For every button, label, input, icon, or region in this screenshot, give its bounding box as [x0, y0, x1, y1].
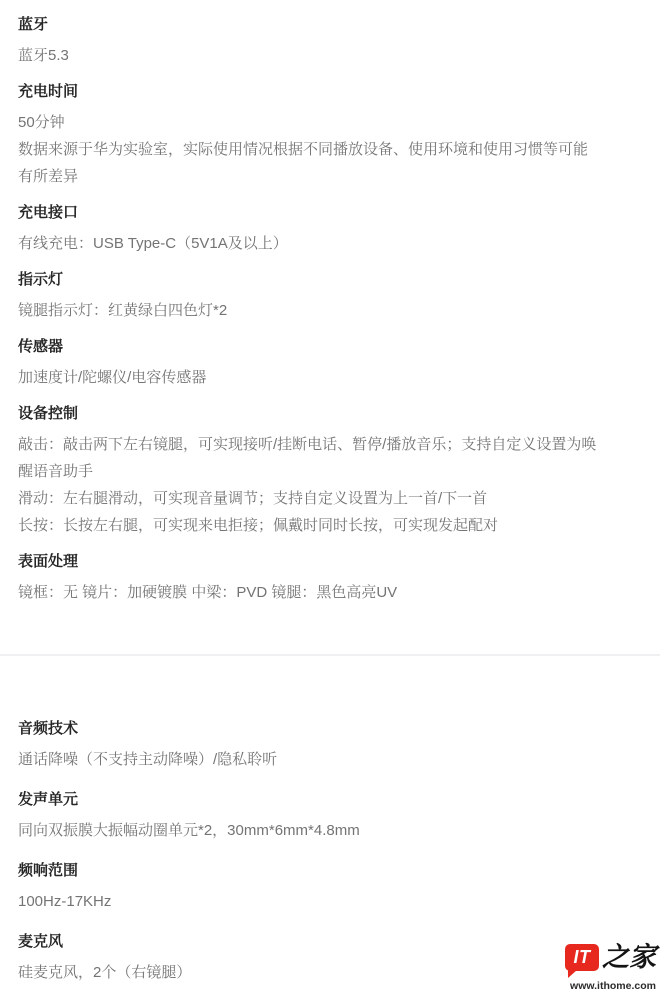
section-charging-port: 充电接口 有线充电：USB Type-C（5V1A及以上） — [18, 202, 642, 257]
section-body: 镜腿指示灯：红黄绿白四色灯*2 — [18, 297, 642, 324]
section-body: 镜框：无 镜片：加硬镀膜 中梁：PVD 镜腿：黑色高亮UV — [18, 579, 642, 606]
section-body: 加速度计/陀螺仪/电容传感器 — [18, 364, 642, 391]
section-heading: 指示灯 — [18, 269, 642, 290]
section-heading: 充电接口 — [18, 202, 642, 223]
section-indicator-light: 指示灯 镜腿指示灯：红黄绿白四色灯*2 — [18, 269, 642, 324]
ithome-brand-script: 之家 — [602, 939, 656, 975]
section-divider — [0, 654, 660, 656]
ithome-logo: IT 之家 — [565, 939, 656, 975]
section-heading: 传感器 — [18, 336, 642, 357]
spec-group-bottom: 音频技术 通话降噪（不支持主动降噪）/隐私聆听 发声单元 同向双振膜大振幅动圈单… — [18, 718, 642, 986]
section-heading: 蓝牙 — [18, 14, 642, 35]
section-device-control: 设备控制 敲击：敲击两下左右镜腿，可实现接听/挂断电话、暂停/播放音乐；支持自定… — [18, 403, 642, 539]
section-heading: 表面处理 — [18, 551, 642, 572]
section-body: 蓝牙5.3 — [18, 42, 642, 69]
speech-bubble-tail-icon — [568, 970, 577, 978]
section-body: 50分钟 数据来源于华为实验室，实际使用情况根据不同播放设备、使用环境和使用习惯… — [18, 109, 642, 190]
section-sensors: 传感器 加速度计/陀螺仪/电容传感器 — [18, 336, 642, 391]
section-surface-finish: 表面处理 镜框：无 镜片：加硬镀膜 中梁：PVD 镜腿：黑色高亮UV — [18, 551, 642, 606]
section-heading: 设备控制 — [18, 403, 642, 424]
section-heading: 频响范围 — [18, 860, 642, 881]
section-speaker-unit: 发声单元 同向双振膜大振幅动圈单元*2，30mm*6mm*4.8mm — [18, 789, 642, 844]
ithome-watermark: IT 之家 www.ithome.com — [565, 939, 656, 992]
section-heading: 麦克风 — [18, 931, 642, 952]
ithome-logo-badge-icon: IT — [565, 944, 599, 971]
section-body: 硅麦克风，2个（右镜腿） — [18, 959, 642, 986]
section-body: 100Hz-17KHz — [18, 888, 642, 915]
section-audio-tech: 音频技术 通话降噪（不支持主动降噪）/隐私聆听 — [18, 718, 642, 773]
section-body: 敲击：敲击两下左右镜腿，可实现接听/挂断电话、暂停/播放音乐；支持自定义设置为唤… — [18, 431, 642, 539]
section-body: 有线充电：USB Type-C（5V1A及以上） — [18, 230, 642, 257]
section-heading: 充电时间 — [18, 81, 642, 102]
section-heading: 音频技术 — [18, 718, 642, 739]
section-bluetooth: 蓝牙 蓝牙5.3 — [18, 14, 642, 69]
spec-sheet-page: 蓝牙 蓝牙5.3 充电时间 50分钟 数据来源于华为实验室，实际使用情况根据不同… — [0, 0, 660, 986]
section-frequency-range: 频响范围 100Hz-17KHz — [18, 860, 642, 915]
ithome-url: www.ithome.com — [565, 980, 656, 992]
section-microphone: 麦克风 硅麦克风，2个（右镜腿） — [18, 931, 642, 986]
section-body: 同向双振膜大振幅动圈单元*2，30mm*6mm*4.8mm — [18, 817, 642, 844]
section-body: 通话降噪（不支持主动降噪）/隐私聆听 — [18, 746, 642, 773]
section-heading: 发声单元 — [18, 789, 642, 810]
section-charging-time: 充电时间 50分钟 数据来源于华为实验室，实际使用情况根据不同播放设备、使用环境… — [18, 81, 642, 190]
spec-group-top: 蓝牙 蓝牙5.3 充电时间 50分钟 数据来源于华为实验室，实际使用情况根据不同… — [18, 14, 642, 606]
ithome-badge-text: IT — [574, 947, 591, 968]
